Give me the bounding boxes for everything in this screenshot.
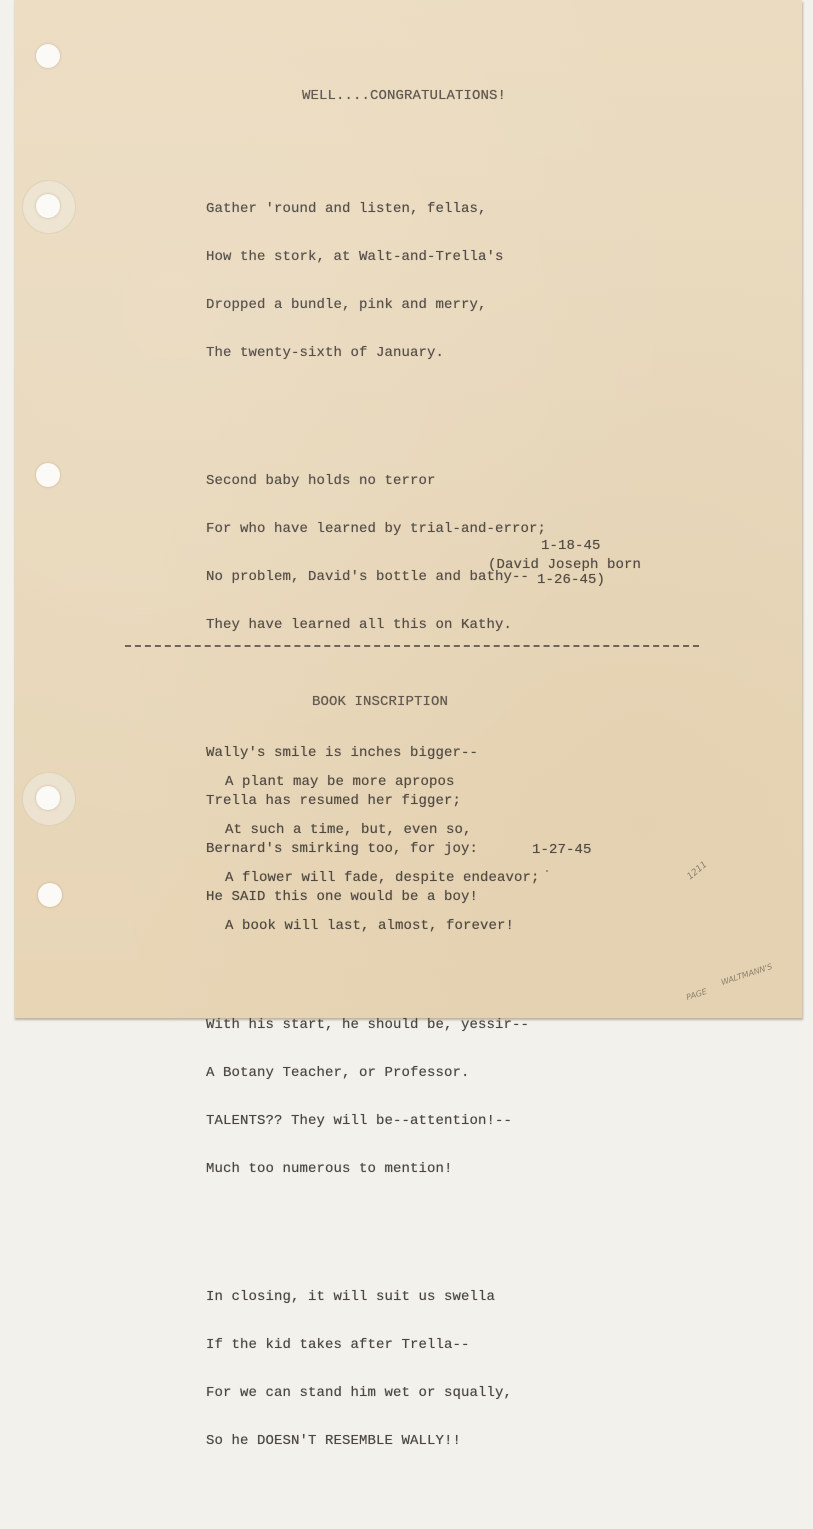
- verse-line: A flower will fade, despite endeavor;: [225, 870, 540, 886]
- poem1-stanza-2: Second baby holds no terror For who have…: [206, 441, 546, 665]
- poem2-title: BOOK INSCRIPTION: [312, 694, 448, 710]
- poem1-birth-note-line1: (David Joseph born: [488, 557, 641, 573]
- verse-line: They have learned all this on Kathy.: [206, 617, 546, 633]
- poem1-title: WELL....CONGRATULATIONS!: [302, 88, 506, 104]
- section-divider: [125, 645, 699, 647]
- verse-line: Dropped a bundle, pink and merry,: [206, 297, 546, 313]
- verse-line: Second baby holds no terror: [206, 473, 546, 489]
- verse-line: A book will last, almost, forever!: [225, 918, 540, 934]
- poem1-stanza-1: Gather 'round and listen, fellas, How th…: [206, 169, 546, 393]
- ink-dot: [546, 870, 548, 872]
- punch-hole-1: [36, 44, 60, 68]
- verse-line: For who have learned by trial-and-error;: [206, 521, 546, 537]
- punch-hole-3: [36, 463, 60, 487]
- verse-line: At such a time, but, even so,: [225, 822, 540, 838]
- poem2-date: 1-27-45: [532, 842, 592, 858]
- poem1-stanza-4: With his start, he should be, yessir-- A…: [206, 985, 546, 1024]
- margin-pencil-mark: 1211: [685, 860, 709, 882]
- poem2-body: A plant may be more apropos At such a ti…: [225, 742, 540, 966]
- verse-line: Gather 'round and listen, fellas,: [206, 201, 546, 217]
- punch-hole-5: [38, 883, 62, 907]
- verse-line: The twenty-sixth of January.: [206, 345, 546, 361]
- verse-line: How the stork, at Walt-and-Trella's: [206, 249, 546, 265]
- punch-hole-4: [36, 786, 60, 810]
- poem1-birth-note-line2: 1-26-45): [537, 572, 605, 588]
- typewritten-page: WELL....CONGRATULATIONS! Gather 'round a…: [14, 0, 802, 1018]
- footer-note-left: PAGE: [685, 987, 708, 1002]
- verse-line: With his start, he should be, yessir--: [206, 1017, 546, 1024]
- verse-line: A plant may be more apropos: [225, 774, 540, 790]
- poem1-date: 1-18-45: [541, 538, 601, 554]
- punch-hole-2: [36, 194, 60, 218]
- footer-note-right: WALTMANN'S: [720, 962, 774, 987]
